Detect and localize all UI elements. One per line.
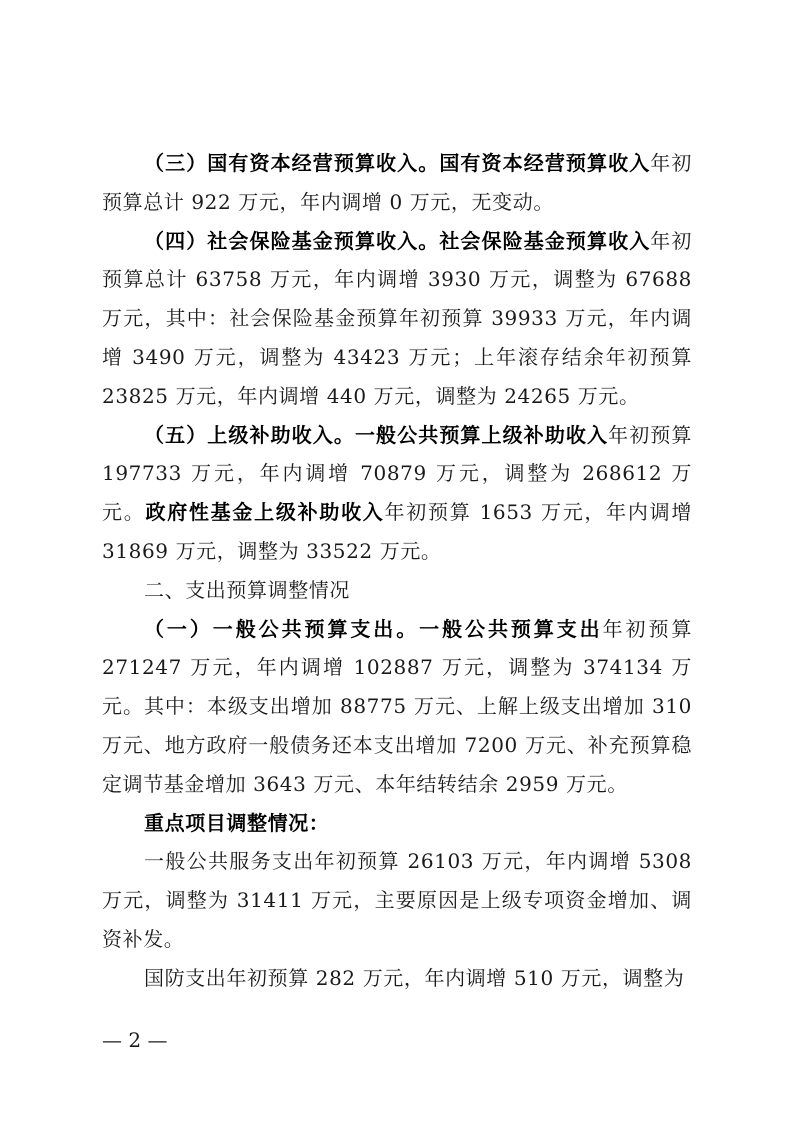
bold-lead: （四）社会保险基金预算收入。社会保险基金预算收入 bbox=[144, 229, 650, 253]
bold-lead: （五）上级补助收入。一般公共预算上级补助收入 bbox=[144, 423, 608, 447]
paragraph-national-defense: 国防支出年初预算 282 万元，年内调增 510 万元，调整为 bbox=[102, 959, 692, 998]
bold-inline: 政府性基金上级补助收入 bbox=[145, 500, 384, 524]
bold-lead: （三）国有资本经营预算收入。国有资本经营预算收入 bbox=[144, 151, 650, 175]
section-heading-expenditure: 二、支出预算调整情况 bbox=[102, 571, 692, 610]
document-page: （三）国有资本经营预算收入。国有资本经营预算收入年初预算总计 922 万元，年内… bbox=[102, 144, 692, 998]
paragraph-general-public-services: 一般公共服务支出年初预算 26103 万元，年内调增 5308 万元，调整为 3… bbox=[102, 842, 692, 958]
paragraph-superior-subsidy-income: （五）上级补助收入。一般公共预算上级补助收入年初预算 197733 万元，年内调… bbox=[102, 416, 692, 571]
page-number: — 2 — bbox=[102, 1028, 167, 1052]
paragraph-text: 年初预算总计 63758 万元，年内调增 3930 万元，调整为 67688 万… bbox=[102, 229, 692, 408]
paragraph-general-public-expenditure: （一）一般公共预算支出。一般公共预算支出年初预算 271247 万元，年内调增 … bbox=[102, 610, 692, 804]
paragraph-state-capital-income: （三）国有资本经营预算收入。国有资本经营预算收入年初预算总计 922 万元，年内… bbox=[102, 144, 692, 222]
paragraph-text: 年初预算 271247 万元，年内调增 102887 万元，调整为 374134… bbox=[102, 617, 692, 796]
subheading-key-projects: 重点项目调整情况： bbox=[102, 804, 692, 843]
paragraph-social-insurance-income: （四）社会保险基金预算收入。社会保险基金预算收入年初预算总计 63758 万元，… bbox=[102, 222, 692, 416]
bold-lead: （一）一般公共预算支出。一般公共预算支出 bbox=[144, 617, 603, 641]
